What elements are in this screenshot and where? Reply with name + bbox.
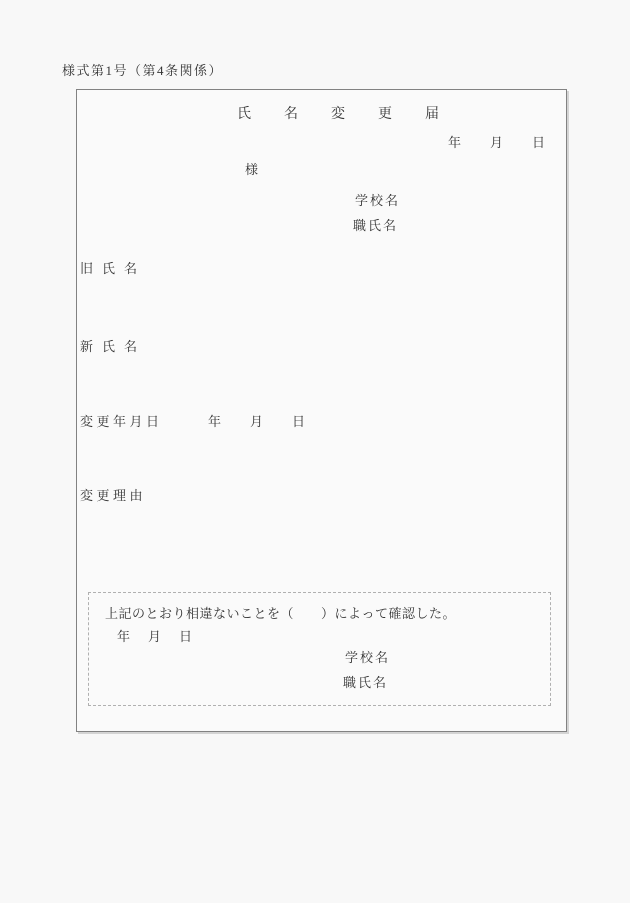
change-date-line: 年 月 日: [208, 415, 313, 428]
submission-date-line: 年 月 日: [448, 136, 553, 149]
form-title: 氏名変更届: [237, 108, 472, 122]
change-reason-label: 変更理由: [80, 489, 146, 502]
change-date-label: 変更年月日: [80, 415, 163, 428]
position-name-label: 職氏名: [353, 219, 398, 232]
form-box: 氏名変更届 年 月 日 様 学校名 職氏名 旧氏名 新氏名 変更年月日 年 月 …: [76, 89, 567, 732]
confirmation-box: 上記のとおり相違ないことを（ ）によって確認した。 年 月 日 学校名 職氏名: [88, 592, 551, 706]
confirmation-date-line: 年 月 日: [117, 630, 195, 643]
confirmation-position-name-label: 職氏名: [343, 676, 388, 689]
document-page: { "meta": { "form_number": "様式第1号（第4条関係）…: [0, 0, 630, 903]
confirmation-school-name-label: 学校名: [345, 651, 390, 664]
new-name-label: 新氏名: [80, 340, 146, 353]
school-name-label: 学校名: [355, 194, 400, 207]
form-number-label: 様式第1号（第4条関係）: [62, 64, 223, 77]
addressee-suffix: 様: [245, 163, 258, 176]
confirmation-statement: 上記のとおり相違ないことを（ ）によって確認した。: [105, 607, 456, 620]
old-name-label: 旧氏名: [80, 262, 146, 275]
